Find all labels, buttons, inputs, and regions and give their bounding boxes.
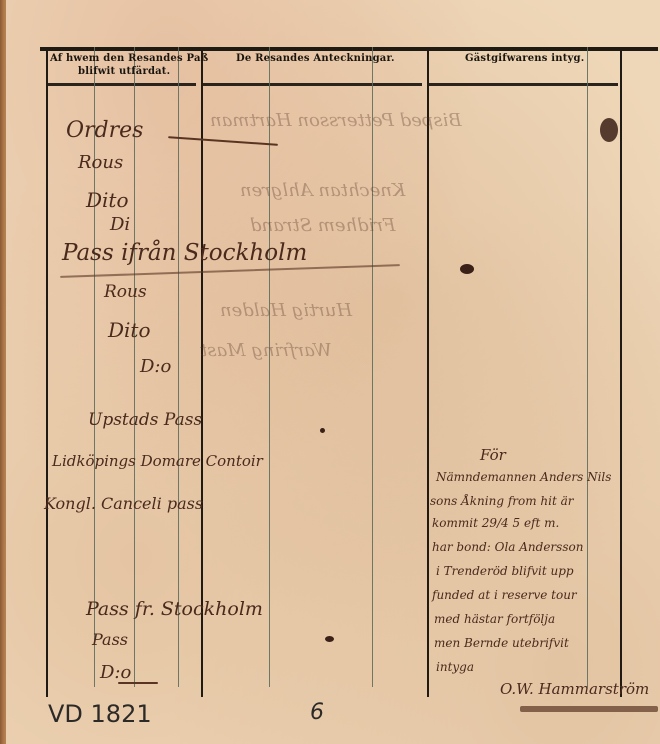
column-rule bbox=[178, 47, 179, 687]
note-line: har bond: Ola Andersson bbox=[432, 540, 583, 554]
note-line: med hästar fortfölja bbox=[434, 612, 555, 626]
entry-canceli-pass: Kongl. Canceli pass bbox=[44, 494, 203, 513]
header-innkeeper-cert: Gästgifwarens intyg. bbox=[465, 53, 584, 64]
entry-domare-contoir: Lidköpings Domare Contoir bbox=[52, 452, 263, 470]
entry-pass-stockholm: Pass ifrån Stockholm bbox=[62, 240, 307, 266]
column-rule bbox=[134, 47, 135, 687]
note-line: sons Åkning from hit är bbox=[430, 494, 574, 508]
table-top-rule bbox=[40, 47, 658, 51]
header-traveler-notes: De Resandes Anteckningar. bbox=[236, 53, 395, 64]
entry-rous: Rous bbox=[78, 152, 123, 173]
column-rule bbox=[372, 47, 373, 687]
entry-dito-2: Dito bbox=[108, 318, 151, 342]
entry-pass: Pass bbox=[92, 630, 128, 649]
column-rule bbox=[587, 47, 588, 687]
entry-di: Di bbox=[110, 214, 130, 235]
header-underline-col2 bbox=[202, 83, 422, 86]
column-rule bbox=[94, 47, 95, 687]
column-rule bbox=[620, 47, 622, 697]
entry-do: D:o bbox=[140, 356, 171, 377]
column-rule bbox=[46, 47, 48, 697]
page-number: 6 bbox=[310, 700, 324, 725]
archive-stamp: VD 1821 bbox=[48, 700, 152, 728]
entry-ordres: Ordres bbox=[66, 118, 143, 143]
note-line: funded at i reserve tour bbox=[432, 588, 577, 602]
note-line: intyga bbox=[436, 660, 474, 674]
note-line: i Trenderöd blifvit upp bbox=[436, 564, 574, 578]
header-issuer-line2: blifwit utfärdat. bbox=[78, 66, 170, 77]
note-line: För bbox=[480, 446, 506, 464]
entry-rous-2: Rous bbox=[104, 282, 147, 302]
note-line: Nämndemannen Anders Nils bbox=[436, 470, 611, 484]
note-line: men Bernde utebrifvit bbox=[434, 636, 569, 650]
entry-upstads-pass: Upstads Pass bbox=[88, 410, 202, 430]
note-line: kommit 29/4 5 eft m. bbox=[432, 516, 559, 530]
entry-pass-stockholm-2: Pass fr. Stockholm bbox=[86, 598, 263, 620]
header-underline-col1 bbox=[46, 83, 196, 86]
column-rule bbox=[427, 47, 429, 697]
entry-dito: Dito bbox=[86, 188, 129, 212]
signature: O.W. Hammarström bbox=[500, 680, 649, 698]
header-underline-col3 bbox=[428, 83, 618, 86]
header-issuer-line1: Af hwem den Resandes Paß bbox=[50, 53, 208, 64]
entry-do-2: D:o bbox=[100, 662, 131, 683]
